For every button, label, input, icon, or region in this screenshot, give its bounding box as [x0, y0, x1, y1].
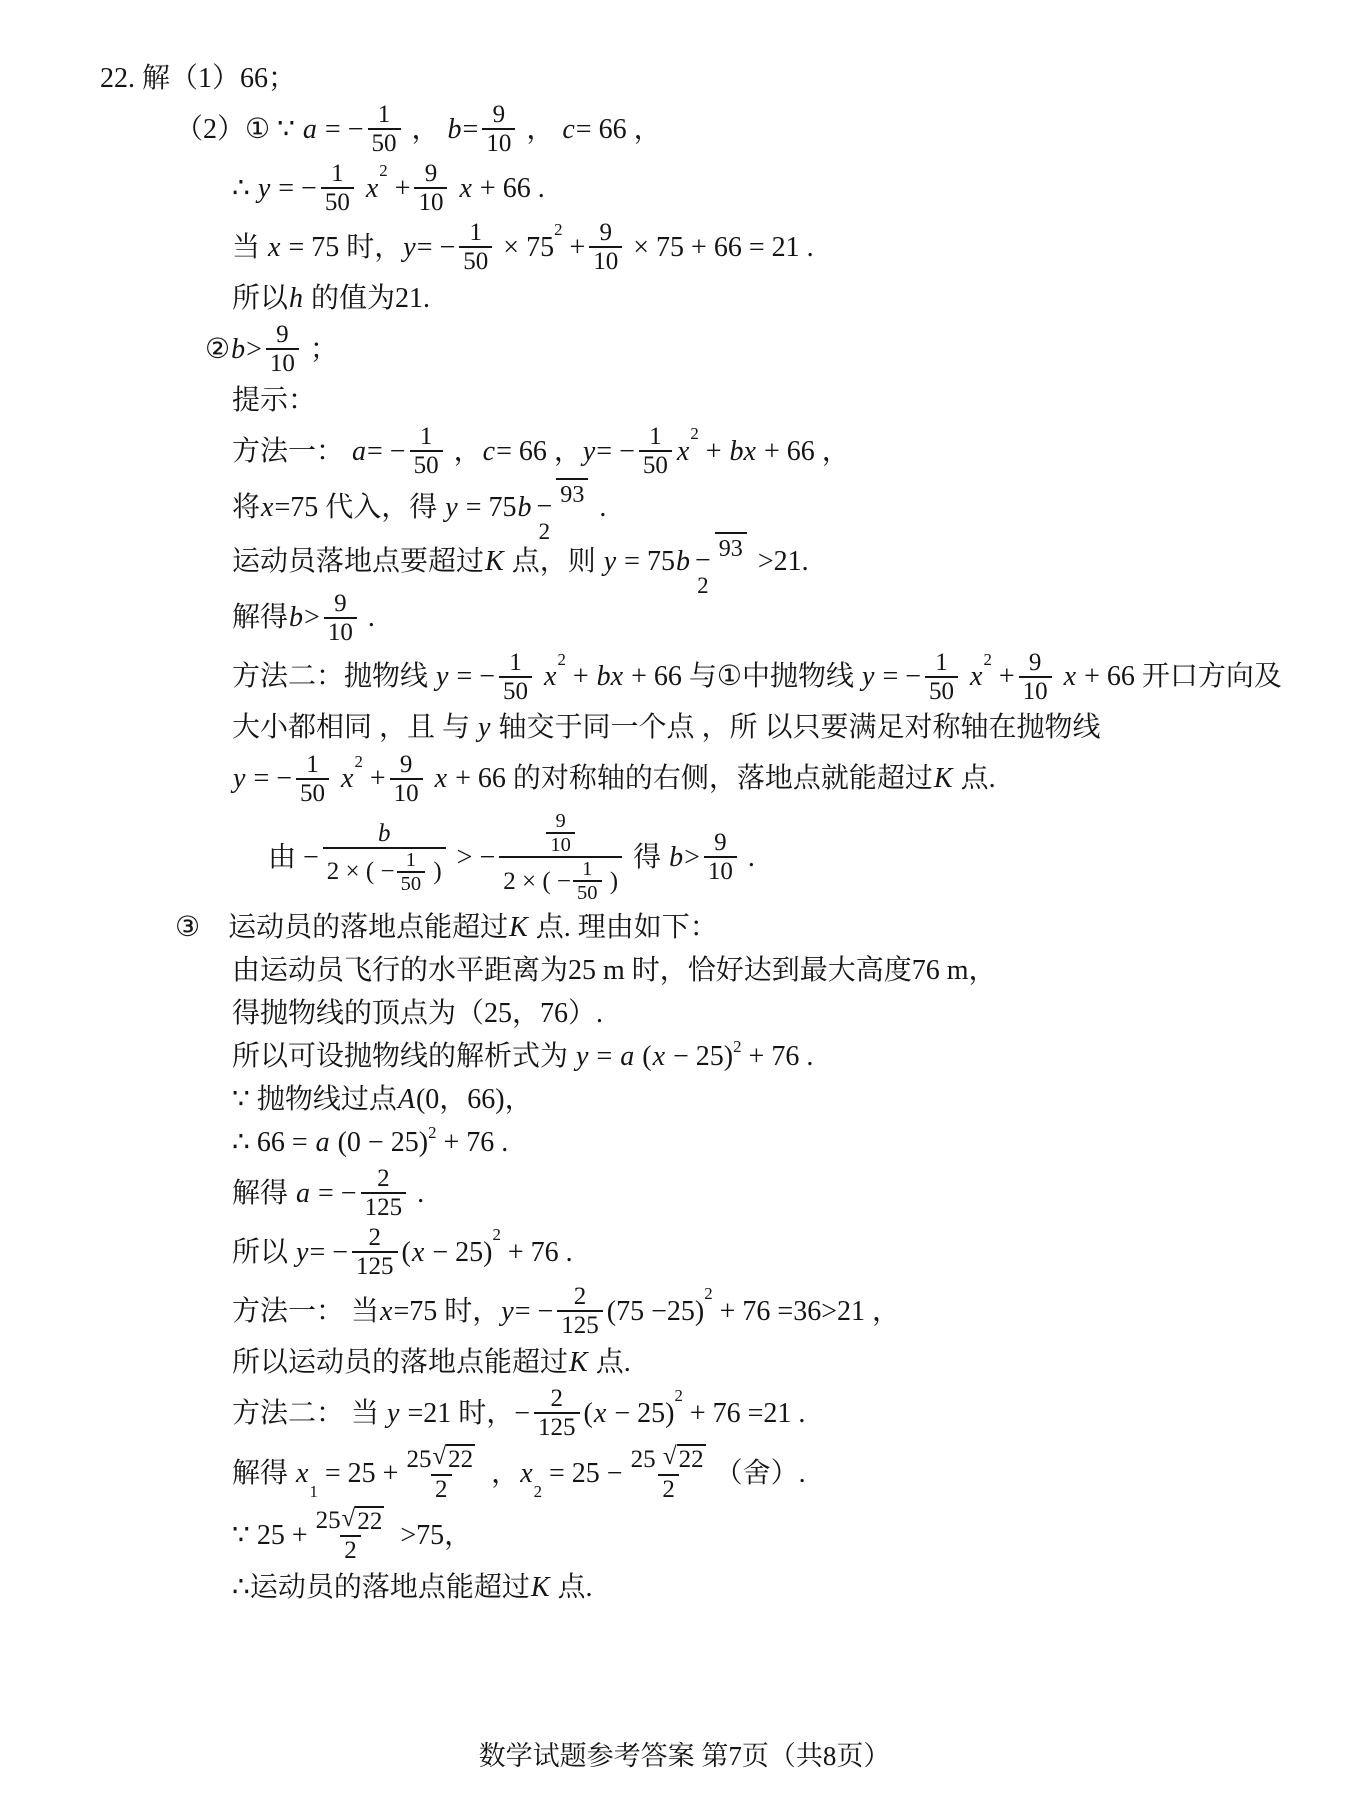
math-fraction: 25√222 [402, 1444, 480, 1503]
math-fraction: 910 [414, 160, 447, 216]
math-fraction: 150 [296, 751, 329, 807]
text-run: （2）① ∵ [175, 112, 302, 147]
part2-substitute-x75: 当 x = 75 时，y= −150 × 752 +910 × 75 + 66 … [232, 219, 1369, 275]
text-run: 10 [486, 130, 511, 157]
text-run: . [410, 1176, 424, 1211]
text-run: 50 [577, 882, 598, 904]
text-run: = 75 [459, 490, 517, 525]
text-run: 9 [276, 321, 289, 348]
math-variable: x [434, 761, 448, 796]
math-fraction: 2125 [352, 1224, 398, 1280]
fraction-denominator: 2 [340, 1535, 361, 1564]
text-run: > [304, 600, 320, 635]
text-run: + 76 =36>21 ， [713, 1294, 900, 1329]
math-fraction: 150 [368, 101, 401, 157]
text-run: 当 [232, 230, 267, 265]
fraction-numerator: 1 [327, 160, 348, 187]
text-run: >21. [751, 544, 809, 579]
text-run: 50 [325, 189, 350, 216]
text-run: 1 [935, 649, 948, 676]
math-fraction: 910 [704, 829, 737, 885]
text-run: 125 [356, 1253, 394, 1280]
text-run: ( [584, 1396, 593, 1431]
text-run: + 66 . [473, 171, 545, 206]
text-run: 轴交于同一个点 ，所 以只要满足对称轴在抛物线 [491, 710, 1100, 745]
math-variable: x [267, 230, 281, 265]
part3-conclusion-statement: ③ 运动员的落地点能超过K 点. 理由如下： [175, 907, 1369, 947]
text-run: + [699, 434, 729, 469]
fraction-numerator: 93 [715, 532, 747, 564]
part3-vertex-point: 得抛物线的顶点为（25，76）. [232, 993, 1369, 1033]
text-run: . [592, 490, 606, 525]
method2-parabola-compare: 方法二：抛物线 y = −150 x2 + bx + 66 与①中抛物线 y =… [232, 649, 1369, 705]
fraction-numerator: 2 [570, 1283, 591, 1310]
text-run: 解得 [232, 600, 288, 635]
fraction-numerator: 1 [402, 849, 420, 871]
part3-final-conclusion: ∴运动员的落地点能超过K 点. [232, 1567, 1369, 1607]
math-sqrt: √22 [342, 1506, 385, 1536]
text-run [962, 659, 969, 694]
text-run: ( [635, 1039, 651, 1074]
fraction-numerator: 1 [466, 219, 487, 246]
fraction-numerator: 25√22 [312, 1506, 390, 1536]
text-run: 9 [714, 829, 727, 856]
text-run: × 75 [496, 230, 554, 265]
part3-substitute-A: ∴ 66 = a (0 − 25)2 + 76 . [232, 1122, 1369, 1162]
math-superscript: 2 [733, 1039, 741, 1056]
text-run: 运动员落地点要超过 [232, 544, 484, 579]
fraction-minus-denominator: −2 [536, 493, 552, 544]
text-run: ) [427, 858, 442, 885]
fraction-denominator: 10 [589, 246, 622, 275]
text-run: 10 [394, 780, 419, 807]
text-run: 25 [316, 1507, 341, 1534]
text-run: > [684, 840, 700, 875]
text-run: 方法一： 当 [232, 1294, 379, 1329]
math-variable: x [379, 1294, 393, 1329]
text-run: = − [875, 659, 921, 694]
math-variable: y [295, 1235, 309, 1270]
text-run: 方法一： [232, 434, 351, 469]
text-run: + 66 的对称轴的右侧，落地点就能超过 [448, 761, 933, 796]
text-run: 2 [435, 1476, 448, 1503]
math-variable: x [593, 1396, 607, 1431]
math-variable: x [260, 490, 274, 525]
math-variable: a [351, 434, 367, 469]
math-fraction: 150 [321, 160, 354, 216]
text-run: ； [303, 332, 338, 367]
text-run: 1 [509, 649, 522, 676]
text-run: . [361, 600, 375, 635]
math-variable: y [232, 761, 246, 796]
math-variable: x [1063, 659, 1077, 694]
text-run: 50 [300, 780, 325, 807]
math-variable: h [288, 281, 304, 316]
text-run: = 25 + [318, 1456, 399, 1491]
method1-inequality: 运动员落地点要超过K 点，则 y = 75b−293 >21. [232, 536, 1369, 587]
fraction-numerator: 9 [552, 810, 570, 832]
text-run: 22 [357, 1508, 382, 1535]
fraction-denominator: 10 [546, 832, 575, 856]
text-run: + 66 开口方向及 [1077, 659, 1282, 694]
fraction-denominator: 10 [390, 778, 423, 807]
math-variable: y [435, 659, 449, 694]
math-fraction: 150 [397, 849, 426, 895]
fraction-denominator: 50 [573, 880, 602, 904]
text-run: > [246, 332, 262, 367]
text-run: =21 时，− [400, 1396, 530, 1431]
method2-same-shape: 大小都相同 ，且 与 y 轴交于同一个点 ，所 以只要满足对称轴在抛物线 [232, 708, 1369, 748]
text-run [358, 171, 365, 206]
text-run: = − [515, 1294, 554, 1329]
fraction-numerator: 1 [416, 423, 437, 450]
math-variable: b [447, 112, 463, 147]
fraction-denominator: 50 [459, 246, 492, 275]
math-fraction: 2125 [534, 1385, 580, 1441]
math-variable: y [257, 171, 271, 206]
math-variable: x [969, 659, 983, 694]
text-run: 50 [401, 873, 422, 895]
text-run: = − [271, 171, 317, 206]
text-run: ② [205, 332, 230, 367]
math-fraction: 150 [925, 649, 958, 705]
fraction-denominator: 50 [410, 450, 443, 479]
fraction-numerator: 9 [272, 321, 293, 348]
text-run: = [589, 1039, 619, 1074]
text-run: 50 [929, 678, 954, 705]
math-fraction: 150 [639, 423, 672, 479]
text-run: + [992, 659, 1015, 694]
math-variable: K [484, 544, 505, 579]
math-variable: x [295, 1456, 309, 1491]
text-run: 10 [270, 350, 295, 377]
math-fraction: 25 √222 [627, 1444, 711, 1503]
text-run: 50 [463, 248, 488, 275]
text-run: 所以运动员的落地点能超过 [232, 1345, 568, 1380]
fraction-denominator: 10 [482, 128, 515, 157]
fraction-denominator: 10 [414, 187, 447, 216]
text-run: = 75 [617, 544, 675, 579]
method2-axis-condition: y = −150 x2 +910 x + 66 的对称轴的右侧，落地点就能超过K… [232, 751, 1369, 807]
radical-sign-icon: √ [432, 1444, 446, 1470]
fraction-numerator: 1 [931, 649, 952, 676]
text-run: 2 × ( − [503, 868, 571, 895]
math-fraction-skewed: −293 [695, 536, 747, 587]
math-variable: K [568, 1345, 589, 1380]
math-variable: x [519, 1456, 533, 1491]
text-run: 10 [550, 834, 571, 856]
text-run: 9 [334, 590, 347, 617]
fraction-denominator: 50 [397, 871, 426, 895]
text-run: 2 [369, 1224, 382, 1251]
fraction-denominator: 125 [352, 1251, 398, 1280]
math-variable: x [365, 171, 379, 206]
math-fraction: 2125 [557, 1283, 603, 1339]
text-run: 22 [448, 1446, 473, 1473]
text-run: 9 [493, 101, 506, 128]
fraction-numerator: 93 [556, 478, 588, 510]
text-run: 由运动员飞行的水平距离为25 m 时，恰好达到最大高度76 m， [232, 953, 997, 988]
text-run: ∴运动员的落地点能超过 [232, 1570, 530, 1605]
text-run: = [463, 112, 479, 147]
text-run: + [388, 171, 411, 206]
text-run: 10 [593, 248, 618, 275]
fraction-numerator: b [373, 820, 396, 847]
text-run: 解得 [232, 1176, 295, 1211]
text-run: 1 [406, 849, 416, 871]
math-variable: K [530, 1570, 551, 1605]
text-run: 大小都相同 ，且 与 [232, 710, 477, 745]
fraction-numerator: 9 [710, 829, 731, 856]
fraction-denominator: 50 [368, 128, 401, 157]
fraction-numerator: 1 [578, 858, 596, 880]
text-run: 10 [418, 189, 443, 216]
text-run: . [741, 840, 755, 875]
radical-sign-icon: √ [342, 1506, 356, 1532]
math-variable: a [295, 1176, 311, 1211]
text-run: 2 [551, 1385, 564, 1412]
text-run: 9 [600, 219, 613, 246]
math-variable: A [397, 1082, 416, 1117]
fraction-denominator: 2 [697, 575, 708, 598]
math-superscript: 2 [379, 163, 387, 180]
text-run: + 66 与①中抛物线 [624, 659, 861, 694]
math-variable: x [458, 171, 472, 206]
fraction-numerator: 1 [302, 751, 323, 778]
text-run: + 76 =21 . [683, 1396, 806, 1431]
fraction-numerator: 25 √22 [627, 1444, 711, 1474]
text-run: 10 [1023, 678, 1048, 705]
text-run: + 76 . [742, 1039, 814, 1074]
text-run: 点. [589, 1345, 631, 1380]
text-run: 2 [344, 1537, 357, 1564]
math-variable: b [516, 490, 532, 525]
math-fraction: 910 [324, 590, 357, 646]
text-run: 所以 [232, 281, 288, 316]
method1-setup: 方法一： a= −150 ，c= 66 ，y= −150x2 + bx + 66… [232, 423, 1369, 479]
text-run: = − [318, 112, 364, 147]
text-run: + [562, 230, 585, 265]
math-variable: K [933, 761, 954, 796]
fraction-numerator: 1 [374, 101, 395, 128]
text-run: 所以可设抛物线的解析式为 [232, 1039, 575, 1074]
fraction-denominator: 125 [361, 1192, 407, 1221]
text-run: 2 [574, 1283, 587, 1310]
text-run: = 25 − [542, 1456, 623, 1491]
text-run: 提示： [232, 383, 316, 418]
math-variable: y [444, 490, 458, 525]
minus-sign: − [695, 547, 711, 575]
math-superscript: 2 [704, 1286, 712, 1303]
fraction-numerator: 9 [330, 590, 351, 617]
method1-substitute: 将x=75 代入，得 y = 75b−293 . [232, 482, 1369, 533]
text-run: × 75 + 66 = 21 . [626, 230, 813, 265]
text-run: 点. 理由如下： [529, 910, 718, 945]
text-run [451, 171, 458, 206]
text-run: 1 [649, 423, 662, 450]
math-superscript: 2 [690, 426, 698, 443]
text-run: 50 [643, 452, 668, 479]
part2-given-coefficients: （2）① ∵ a = −150 ， b=910 ， c= 66 ， [175, 101, 1369, 157]
math-fraction: 150 [499, 649, 532, 705]
minus-sign: − [536, 493, 552, 521]
fraction-denominator: 10 [1019, 676, 1052, 705]
math-variable: x [652, 1039, 666, 1074]
math-fraction: 910 [266, 321, 299, 377]
text-run: 2 [377, 1165, 390, 1192]
text-run: 1 [470, 219, 483, 246]
math-fraction: 910 [589, 219, 622, 275]
text-run: = − [246, 761, 292, 796]
text-run: 点. [551, 1570, 593, 1605]
text-run: = − [311, 1176, 357, 1211]
text-run: =75 时， [393, 1294, 500, 1329]
math-sqrt: √22 [663, 1444, 706, 1474]
text-run: ∵ 抛物线过点 [232, 1082, 397, 1117]
text-run: ∴ 66 = [232, 1125, 315, 1160]
text-run: + [363, 761, 386, 796]
math-variable: y [386, 1396, 400, 1431]
fraction-minus-denominator: −2 [695, 547, 711, 598]
math-variable: y [402, 230, 416, 265]
fraction-numerator: 9 [421, 160, 442, 187]
part3-passes-A: ∵ 抛物线过点A(0，66)， [232, 1079, 1369, 1119]
math-variable: K [508, 910, 529, 945]
text-run: 25 [631, 1446, 662, 1473]
math-fraction: 150 [459, 219, 492, 275]
fraction-denominator: 2 × ( −150 ) [323, 847, 446, 895]
math-superscript: 2 [492, 1227, 500, 1244]
sqrt-radicand: 22 [677, 1444, 706, 1474]
fraction-denominator: 50 [321, 187, 354, 216]
part2-2-answer: ②b>910 ； [205, 321, 1369, 377]
math-variable: y [603, 544, 617, 579]
math-variable: b [675, 544, 691, 579]
text-run: >75， [393, 1518, 472, 1553]
text-run: = − [449, 659, 495, 694]
text-run: − 25) [607, 1396, 674, 1431]
text-run: 得抛物线的顶点为（25，76）. [232, 996, 603, 1031]
math-variable: a [619, 1039, 635, 1074]
text-run [1056, 659, 1063, 694]
text-run [536, 659, 543, 694]
text-run: 所以 [232, 1235, 295, 1270]
math-variable: y [582, 434, 596, 469]
page-footer-text: 数学试题参考答案 第7页（共8页） [479, 1741, 891, 1771]
math-variable: x [340, 761, 354, 796]
text-run: = 66 ， [496, 434, 582, 469]
text-run: 50 [414, 452, 439, 479]
text-run: ， [405, 112, 447, 147]
sqrt-radicand: 22 [446, 1444, 475, 1474]
text-run: ) [604, 868, 619, 895]
text-run: = − [417, 230, 456, 265]
text-run: ∵ 25 + [232, 1518, 308, 1553]
fraction-denominator: 2 [431, 1474, 452, 1503]
math-variable: y [861, 659, 875, 694]
text-run: 10 [708, 858, 733, 885]
math-variable: y [500, 1294, 514, 1329]
math-variable: x [676, 434, 690, 469]
math-variable: x [411, 1235, 425, 1270]
math-subscript: 1 [309, 1484, 317, 1501]
fraction-denominator: 2 [539, 521, 550, 544]
text-run: ， [484, 1456, 519, 1491]
page-footer: 数学试题参考答案 第7页（共8页） [0, 1734, 1369, 1773]
math-superscript: 2 [983, 652, 991, 669]
fraction-denominator: 50 [639, 450, 672, 479]
math-variable: c [482, 434, 496, 469]
text-run: (75 −25) [607, 1294, 704, 1329]
text-run: 解得 [232, 1456, 295, 1491]
text-run: ∴ [232, 171, 257, 206]
sqrt-radicand: 22 [355, 1506, 384, 1536]
math-superscript: 2 [557, 652, 565, 669]
text-run: 25 [406, 1446, 431, 1473]
text-run: 1 [378, 101, 391, 128]
math-fraction-skewed: −293 [536, 482, 588, 533]
text-run: 的值为21. [304, 281, 430, 316]
math-variable: y [477, 710, 491, 745]
math-variable: b [377, 820, 392, 847]
text-run: =75 代入，得 [274, 490, 444, 525]
text-run: 9 [425, 160, 438, 187]
text-run: > − [450, 840, 496, 875]
math-variable: c [561, 112, 575, 147]
text-run: （舍）. [715, 1456, 806, 1491]
part3-vertex-reasoning: 由运动员飞行的水平距离为25 m 时，恰好达到最大高度76 m， [232, 950, 1369, 990]
radical-sign-icon: √ [663, 1444, 677, 1470]
math-fraction: 2125 [361, 1165, 407, 1221]
text-run: 1 [306, 751, 319, 778]
text-run: 2 × ( − [327, 858, 395, 885]
answer-sheet-page: 22. 解（1）66；（2）① ∵ a = −150 ， b=910 ， c= … [0, 0, 1369, 1814]
math-fraction: 910 [546, 810, 575, 856]
math-variable: y [575, 1039, 589, 1074]
text-run: 1 [420, 423, 433, 450]
math-variable: bx [596, 659, 624, 694]
math-superscript: 2 [554, 222, 562, 239]
text-run: (0，66)， [416, 1082, 533, 1117]
fraction-denominator: 50 [499, 676, 532, 705]
text-run: + 76 . [501, 1235, 573, 1270]
fraction-numerator: 9 [396, 751, 417, 778]
text-run: + 66 ， [757, 434, 850, 469]
math-variable: b [230, 332, 246, 367]
part2-h-value: 所以h 的值为21. [232, 278, 1369, 318]
math-variable: b [668, 840, 684, 875]
fraction-numerator: 1 [505, 649, 526, 676]
text-run: ， [519, 112, 561, 147]
fraction-numerator: 25√22 [402, 1444, 480, 1474]
text-run: 1 [582, 858, 592, 880]
math-variable: b [288, 600, 304, 635]
fraction-numerator: 2 [547, 1385, 568, 1412]
fraction-numerator: 9 [596, 219, 617, 246]
solution-content: 22. 解（1）66；（2）① ∵ a = −150 ， b=910 ， c= … [0, 58, 1369, 1607]
text-run: = 66 ， [576, 112, 662, 147]
text-run: ③ 运动员的落地点能超过 [175, 910, 508, 945]
part3-method2-compare: ∵ 25 +25√222 >75， [232, 1506, 1369, 1565]
text-run: 10 [328, 619, 353, 646]
fraction-numerator: 910 [540, 810, 581, 856]
fraction-denominator: 50 [925, 676, 958, 705]
text-run: 9 [556, 810, 566, 832]
text-run: 将 [232, 490, 260, 525]
fraction-numerator: 2 [373, 1165, 394, 1192]
part3-solve-a: 解得 a = −2125 . [232, 1165, 1369, 1221]
fraction-numerator: 2 [365, 1224, 386, 1251]
